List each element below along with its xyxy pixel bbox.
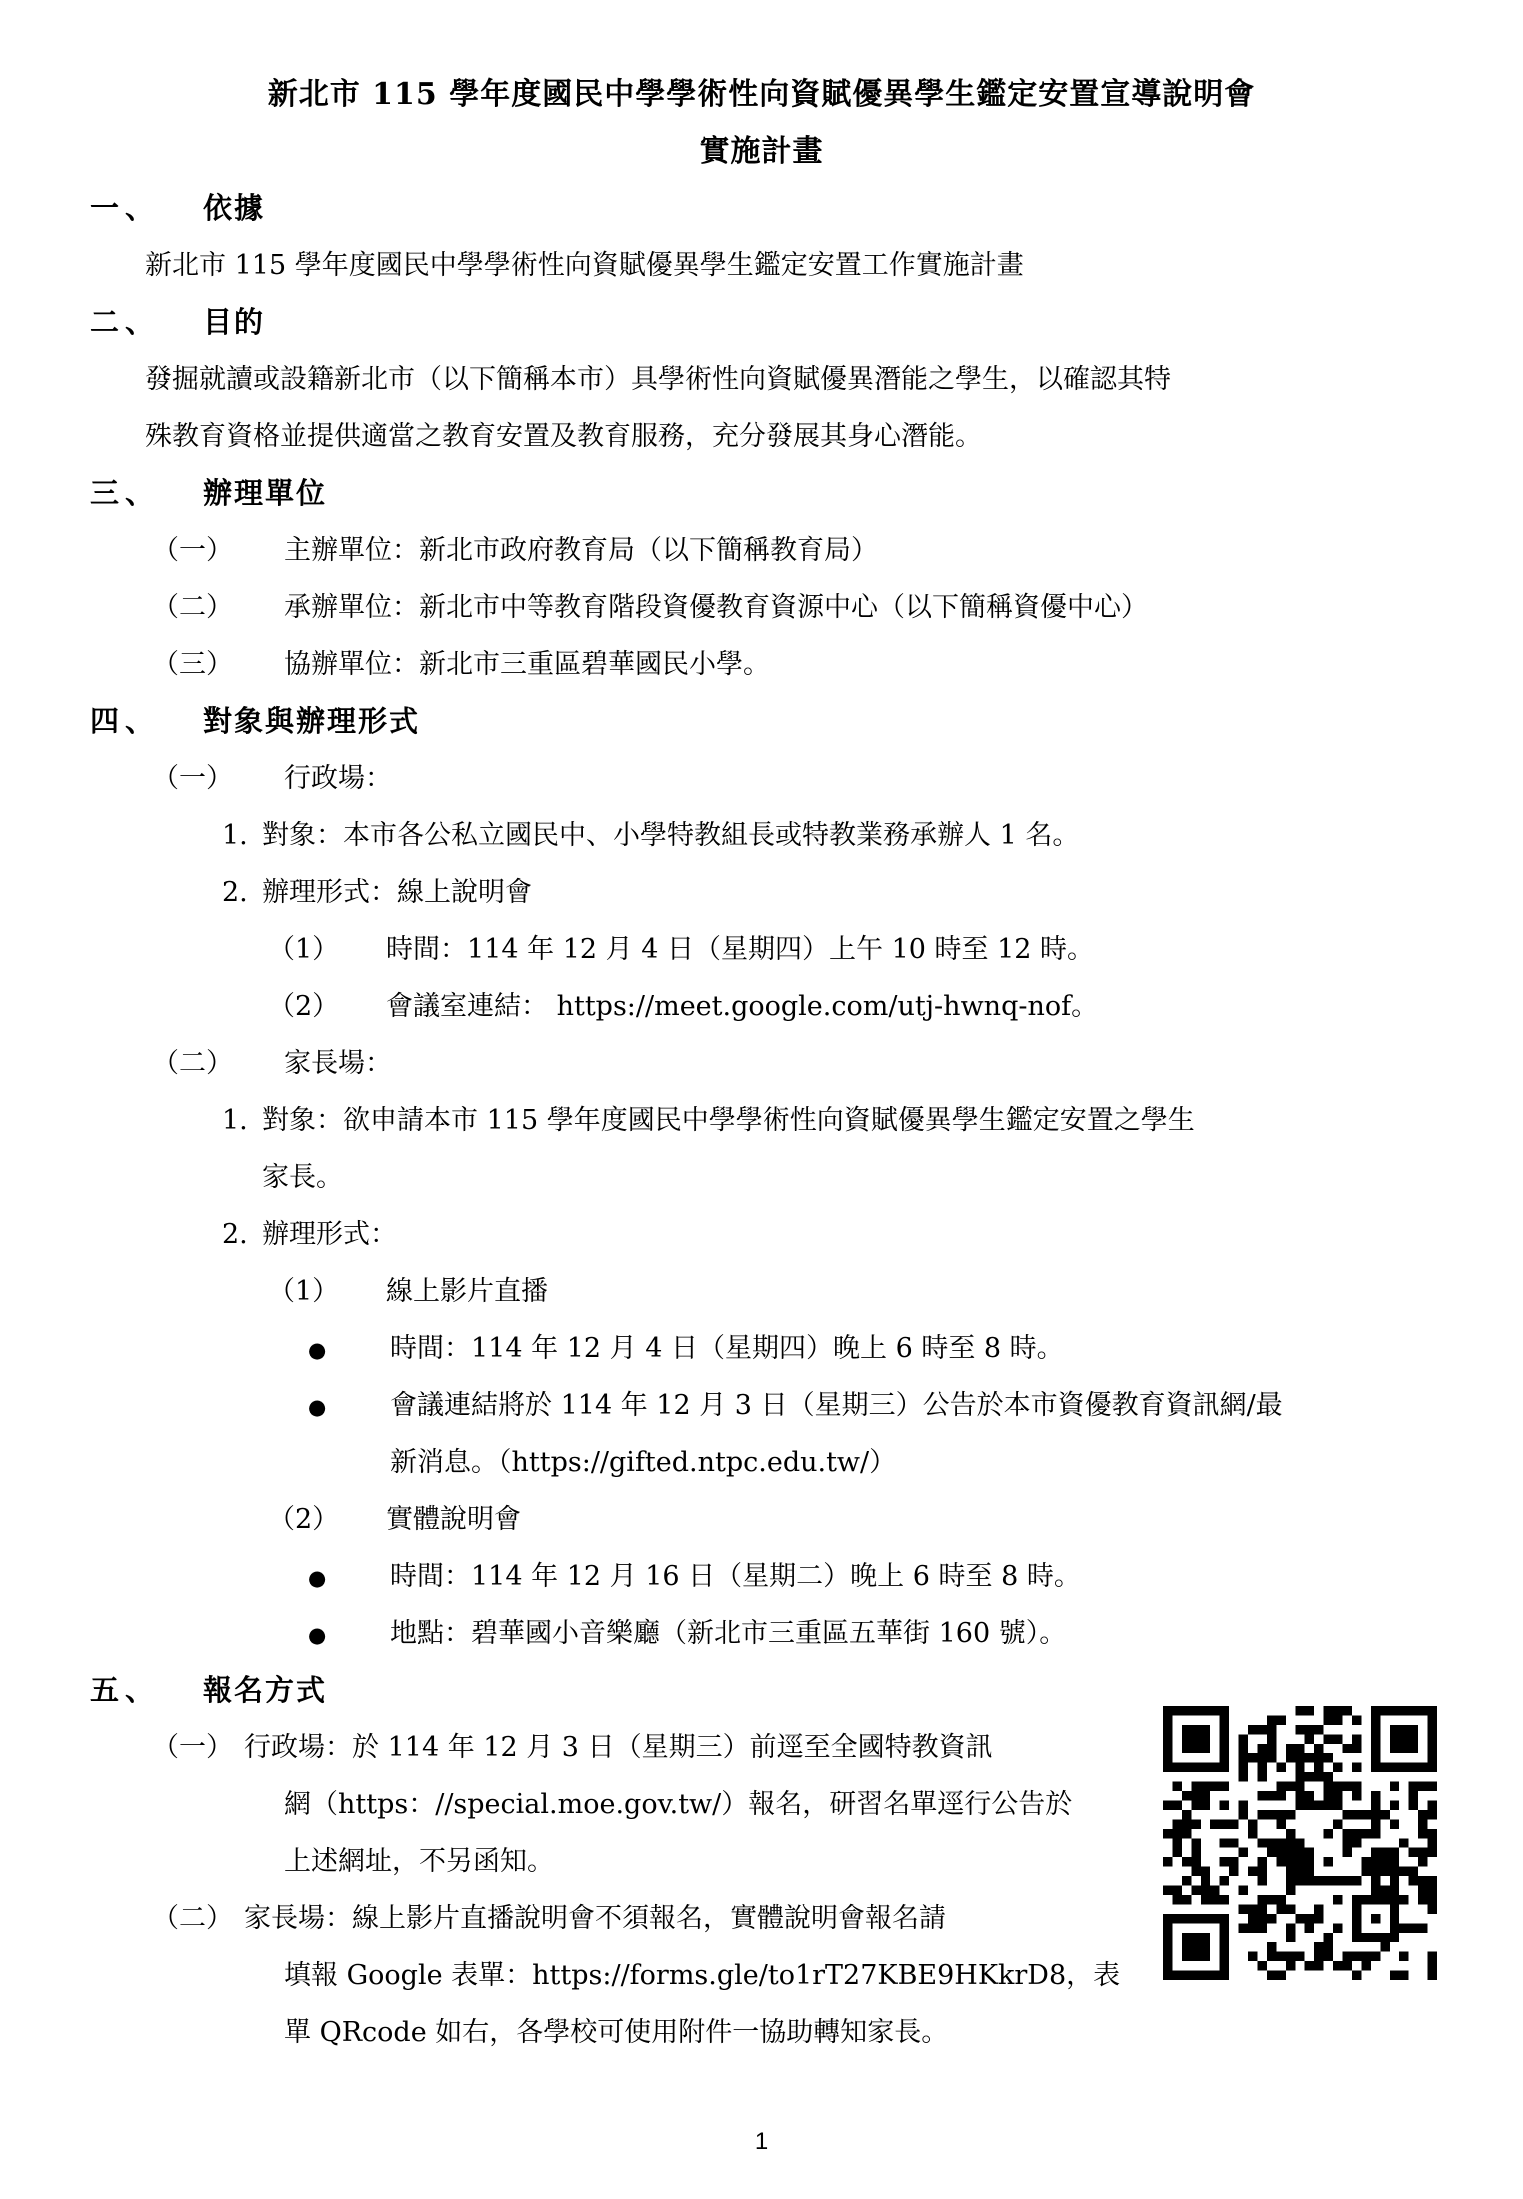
- list-item-text: 行政場：: [284, 763, 392, 794]
- bullet-item: ●會議連結將於 114 年 12 月 3 日（星期三）公告於本市資優教育資訊網/…: [308, 1377, 1523, 1434]
- list-item: （二）家長場：: [152, 1035, 1523, 1092]
- document-title-line1: 新北市 115 學年度國民中學學術性向資賦優異學生鑑定安置宣導說明會: [0, 66, 1523, 123]
- section-heading-3: 三、辦理單位: [0, 465, 1523, 522]
- list-item: 1.對象：欲申請本市 115 學年度國民中學學術性向資賦優異學生鑑定安置之學生: [222, 1092, 1523, 1149]
- bullet-icon: ●: [308, 1607, 390, 1664]
- list-marker: （1）: [268, 1263, 386, 1320]
- list-marker: （一）: [152, 522, 284, 579]
- bullet-item-continuation: 新消息。（https://gifted.ntpc.edu.tw/）: [390, 1434, 1523, 1491]
- section-heading-label: 目的: [203, 305, 265, 339]
- list-marker: 1.: [222, 807, 262, 864]
- bullet-item: ●時間：114 年 12 月 16 日（星期二）晚上 6 時至 8 時。: [308, 1548, 1523, 1605]
- section-number: 二、: [90, 294, 203, 351]
- page-number: 1: [0, 2128, 1523, 2156]
- list-item-text: 承辦單位：新北市中等教育階段資優教育資源中心（以下簡稱資優中心）: [284, 592, 1148, 623]
- list-item: （1）時間：114 年 12 月 4 日（星期四）上午 10 時至 12 時。: [268, 921, 1523, 978]
- bullet-item: ●地點：碧華國小音樂廳（新北市三重區五華街 160 號）。: [308, 1605, 1523, 1662]
- list-item: （二）承辦單位：新北市中等教育階段資優教育資源中心（以下簡稱資優中心）: [152, 579, 1523, 636]
- section-number: 一、: [90, 180, 203, 237]
- section-heading-label: 依據: [203, 191, 265, 225]
- list-item-text: 對象：欲申請本市 115 學年度國民中學學術性向資賦優異學生鑑定安置之學生: [262, 1105, 1195, 1136]
- list-marker: （1）: [268, 921, 386, 978]
- list-marker: 2.: [222, 1206, 262, 1263]
- section-heading-2: 二、目的: [0, 294, 1523, 351]
- list-item-text: 主辦單位：新北市政府教育局（以下簡稱教育局）: [284, 535, 878, 566]
- list-item-text: 協辦單位：新北市三重區碧華國民小學。: [284, 649, 770, 680]
- bullet-icon: ●: [308, 1322, 390, 1379]
- bullet-item-text: 時間：114 年 12 月 16 日（星期二）晚上 6 時至 8 時。: [390, 1561, 1081, 1592]
- list-marker: （二）: [152, 1890, 244, 1947]
- document-title-line2: 實施計畫: [0, 123, 1523, 180]
- section-number: 三、: [90, 465, 203, 522]
- list-item-continuation: 家長。: [262, 1149, 1523, 1206]
- list-marker: （二）: [152, 1035, 284, 1092]
- list-item-text: 對象：本市各公私立國民中、小學特教組長或特教業務承辦人 1 名。: [262, 820, 1079, 851]
- list-item: （1）線上影片直播: [268, 1263, 1523, 1320]
- section-number: 四、: [90, 693, 203, 750]
- qr-code-image: [1163, 1706, 1437, 1980]
- bullet-item-text: 時間：114 年 12 月 4 日（星期四）晚上 6 時至 8 時。: [390, 1333, 1064, 1364]
- list-marker: （2）: [268, 1491, 386, 1548]
- list-item: （一）行政場：: [152, 750, 1523, 807]
- section-1-body: 新北市 115 學年度國民中學學術性向資賦優異學生鑑定安置工作實施計畫: [145, 237, 1523, 294]
- list-item: （2）會議室連結： https://meet.google.com/utj-hw…: [268, 978, 1523, 1035]
- bullet-icon: ●: [308, 1550, 390, 1607]
- list-item: （2）實體說明會: [268, 1491, 1523, 1548]
- list-item-text: 實體說明會: [386, 1504, 521, 1535]
- list-marker: 2.: [222, 864, 262, 921]
- list-item-text: 家長場：: [284, 1048, 392, 1079]
- list-item: 2.辦理形式：: [222, 1206, 1523, 1263]
- list-item: （一）主辦單位：新北市政府教育局（以下簡稱教育局）: [152, 522, 1523, 579]
- list-item-text: 時間：114 年 12 月 4 日（星期四）上午 10 時至 12 時。: [386, 934, 1094, 965]
- list-item-text: 線上影片直播: [386, 1276, 548, 1307]
- list-marker: （三）: [152, 636, 284, 693]
- list-item-text: 行政場：於 114 年 12 月 3 日（星期三）前逕至全國特教資訊: [244, 1732, 993, 1763]
- list-item: 1.對象：本市各公私立國民中、小學特教組長或特教業務承辦人 1 名。: [222, 807, 1523, 864]
- section-heading-1: 一、依據: [0, 180, 1523, 237]
- list-item: （三）協辦單位：新北市三重區碧華國民小學。: [152, 636, 1523, 693]
- list-item-text: 會議室連結： https://meet.google.com/utj-hwnq-…: [386, 991, 1098, 1022]
- list-marker: （2）: [268, 978, 386, 1035]
- list-marker: 1.: [222, 1092, 262, 1149]
- list-marker: （二）: [152, 579, 284, 636]
- section-heading-label: 報名方式: [203, 1673, 327, 1707]
- section-heading-label: 對象與辦理形式: [203, 704, 420, 738]
- bullet-item-text: 會議連結將於 114 年 12 月 3 日（星期三）公告於本市資優教育資訊網/最: [390, 1390, 1283, 1421]
- bullet-item: ●時間：114 年 12 月 4 日（星期四）晚上 6 時至 8 時。: [308, 1320, 1523, 1377]
- section-heading-label: 辦理單位: [203, 476, 327, 510]
- section-2-body-line: 殊教育資格並提供適當之教育安置及教育服務，充分發展其身心潛能。: [145, 408, 1523, 465]
- list-marker: （一）: [152, 750, 284, 807]
- bullet-icon: ●: [308, 1379, 390, 1436]
- list-item: 2.辦理形式：線上說明會: [222, 864, 1523, 921]
- list-marker: （一）: [152, 1719, 244, 1776]
- list-item-text: 家長場：線上影片直播說明會不須報名，實體說明會報名請: [244, 1903, 946, 1934]
- section-number: 五、: [90, 1662, 203, 1719]
- bullet-item-text: 地點：碧華國小音樂廳（新北市三重區五華街 160 號）。: [390, 1618, 1066, 1649]
- list-item-text: 辦理形式：: [262, 1219, 397, 1250]
- list-item-continuation: 單 QRcode 如右，各學校可使用附件一協助轉知家長。: [284, 2004, 1523, 2061]
- list-item-text: 辦理形式：線上說明會: [262, 877, 532, 908]
- section-heading-4: 四、對象與辦理形式: [0, 693, 1523, 750]
- section-2-body-line: 發掘就讀或設籍新北市（以下簡稱本市）具學術性向資賦優異潛能之學生，以確認其特: [145, 351, 1523, 408]
